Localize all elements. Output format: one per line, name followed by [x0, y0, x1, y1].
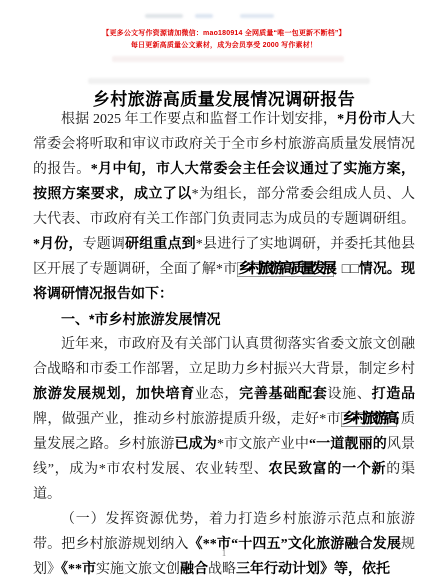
- text-run-bold: 研组重点到: [125, 237, 196, 252]
- ghost-text-artifact: [112, 56, 344, 62]
- missing-glyph-boxes: □□: [338, 262, 359, 277]
- paragraph-intro: 根据 2025 年工作要点和监督工作计划安排，*月份市人大常委会将听取和审议市政…: [33, 107, 415, 307]
- paragraph-section-overview: 近年来，市政府及有关部门认真贯彻落实省委文旅文创融合战略和市委工作部署，立足助力…: [33, 332, 415, 507]
- squeezed-glyph-artifact: 乡村旅游高: [341, 412, 397, 427]
- section-heading-1: 一、*市乡村旅游发展情况: [33, 307, 415, 332]
- text-run: 专题调: [83, 237, 125, 252]
- text-run-bold: 融合: [180, 562, 208, 577]
- page-number: 1: [0, 548, 448, 558]
- text-run-bold: 《**市: [61, 562, 96, 577]
- text-run: 牌，做强产业，推动乡村旅游提质升级，走好*市: [33, 412, 341, 427]
- text-run-bold: *月份，: [33, 237, 83, 252]
- text-run: 业态，: [195, 387, 239, 402]
- watermark-line-1: 【更多公文写作资源请加微信：mao180914 全网质量“唯一包更新不断档”】: [0, 28, 448, 40]
- text-run: 设施、: [327, 387, 371, 402]
- paragraph-subsection-1: （一）发挥资源优势，着力打造乡村旅游示范点和旅游带。把乡村旅游规划纳入《**市“…: [33, 507, 415, 580]
- document-page: 【更多公文写作资源请加微信：mao180914 全网质量“唯一包更新不断档”】 …: [0, 0, 448, 580]
- text-run-bold: 完善基础配套: [239, 387, 327, 402]
- ghost-text-artifact: [195, 14, 213, 18]
- ghost-text-artifact: [240, 14, 274, 18]
- text-run-bold: *月份市人: [337, 112, 401, 127]
- text-run: 战略: [208, 562, 236, 577]
- text-run-bold: “一道靓丽的: [309, 437, 387, 452]
- ghost-text-artifact: [88, 78, 370, 84]
- watermark-header: 【更多公文写作资源请加微信：mao180914 全网质量“唯一包更新不断档”】 …: [0, 28, 448, 52]
- text-run-bold: 已成为: [174, 437, 216, 452]
- text-run: 近年来，市政府及有关部门认真贯彻落实省委文旅文创融合战略和市委工作部署，立足助力…: [33, 337, 415, 377]
- document-body: 根据 2025 年工作要点和监督工作计划安排，*月份市人大常委会将听取和审议市政…: [33, 107, 415, 580]
- text-run: 根据 2025 年工作要点和监督工作计划安排，: [61, 112, 337, 127]
- text-run-bold: 打造品: [372, 387, 415, 402]
- ghost-text-artifact: [145, 14, 183, 18]
- text-run: 实施文旅文创: [96, 562, 180, 577]
- watermark-line-2: 每日更新高质量公文素材，成为会员享受 2000 写作素材！: [0, 40, 448, 52]
- text-run-bold: 旅游发展规划，加快培育: [33, 387, 195, 402]
- text-run: *市文旅产业中: [217, 437, 309, 452]
- text-run-bold: 农民致富的一个新: [269, 462, 387, 477]
- text-run-bold: 三年行动计划》等，依托: [236, 562, 390, 577]
- squeezed-glyph-artifact: 乡村旅游高质量发展: [237, 262, 334, 277]
